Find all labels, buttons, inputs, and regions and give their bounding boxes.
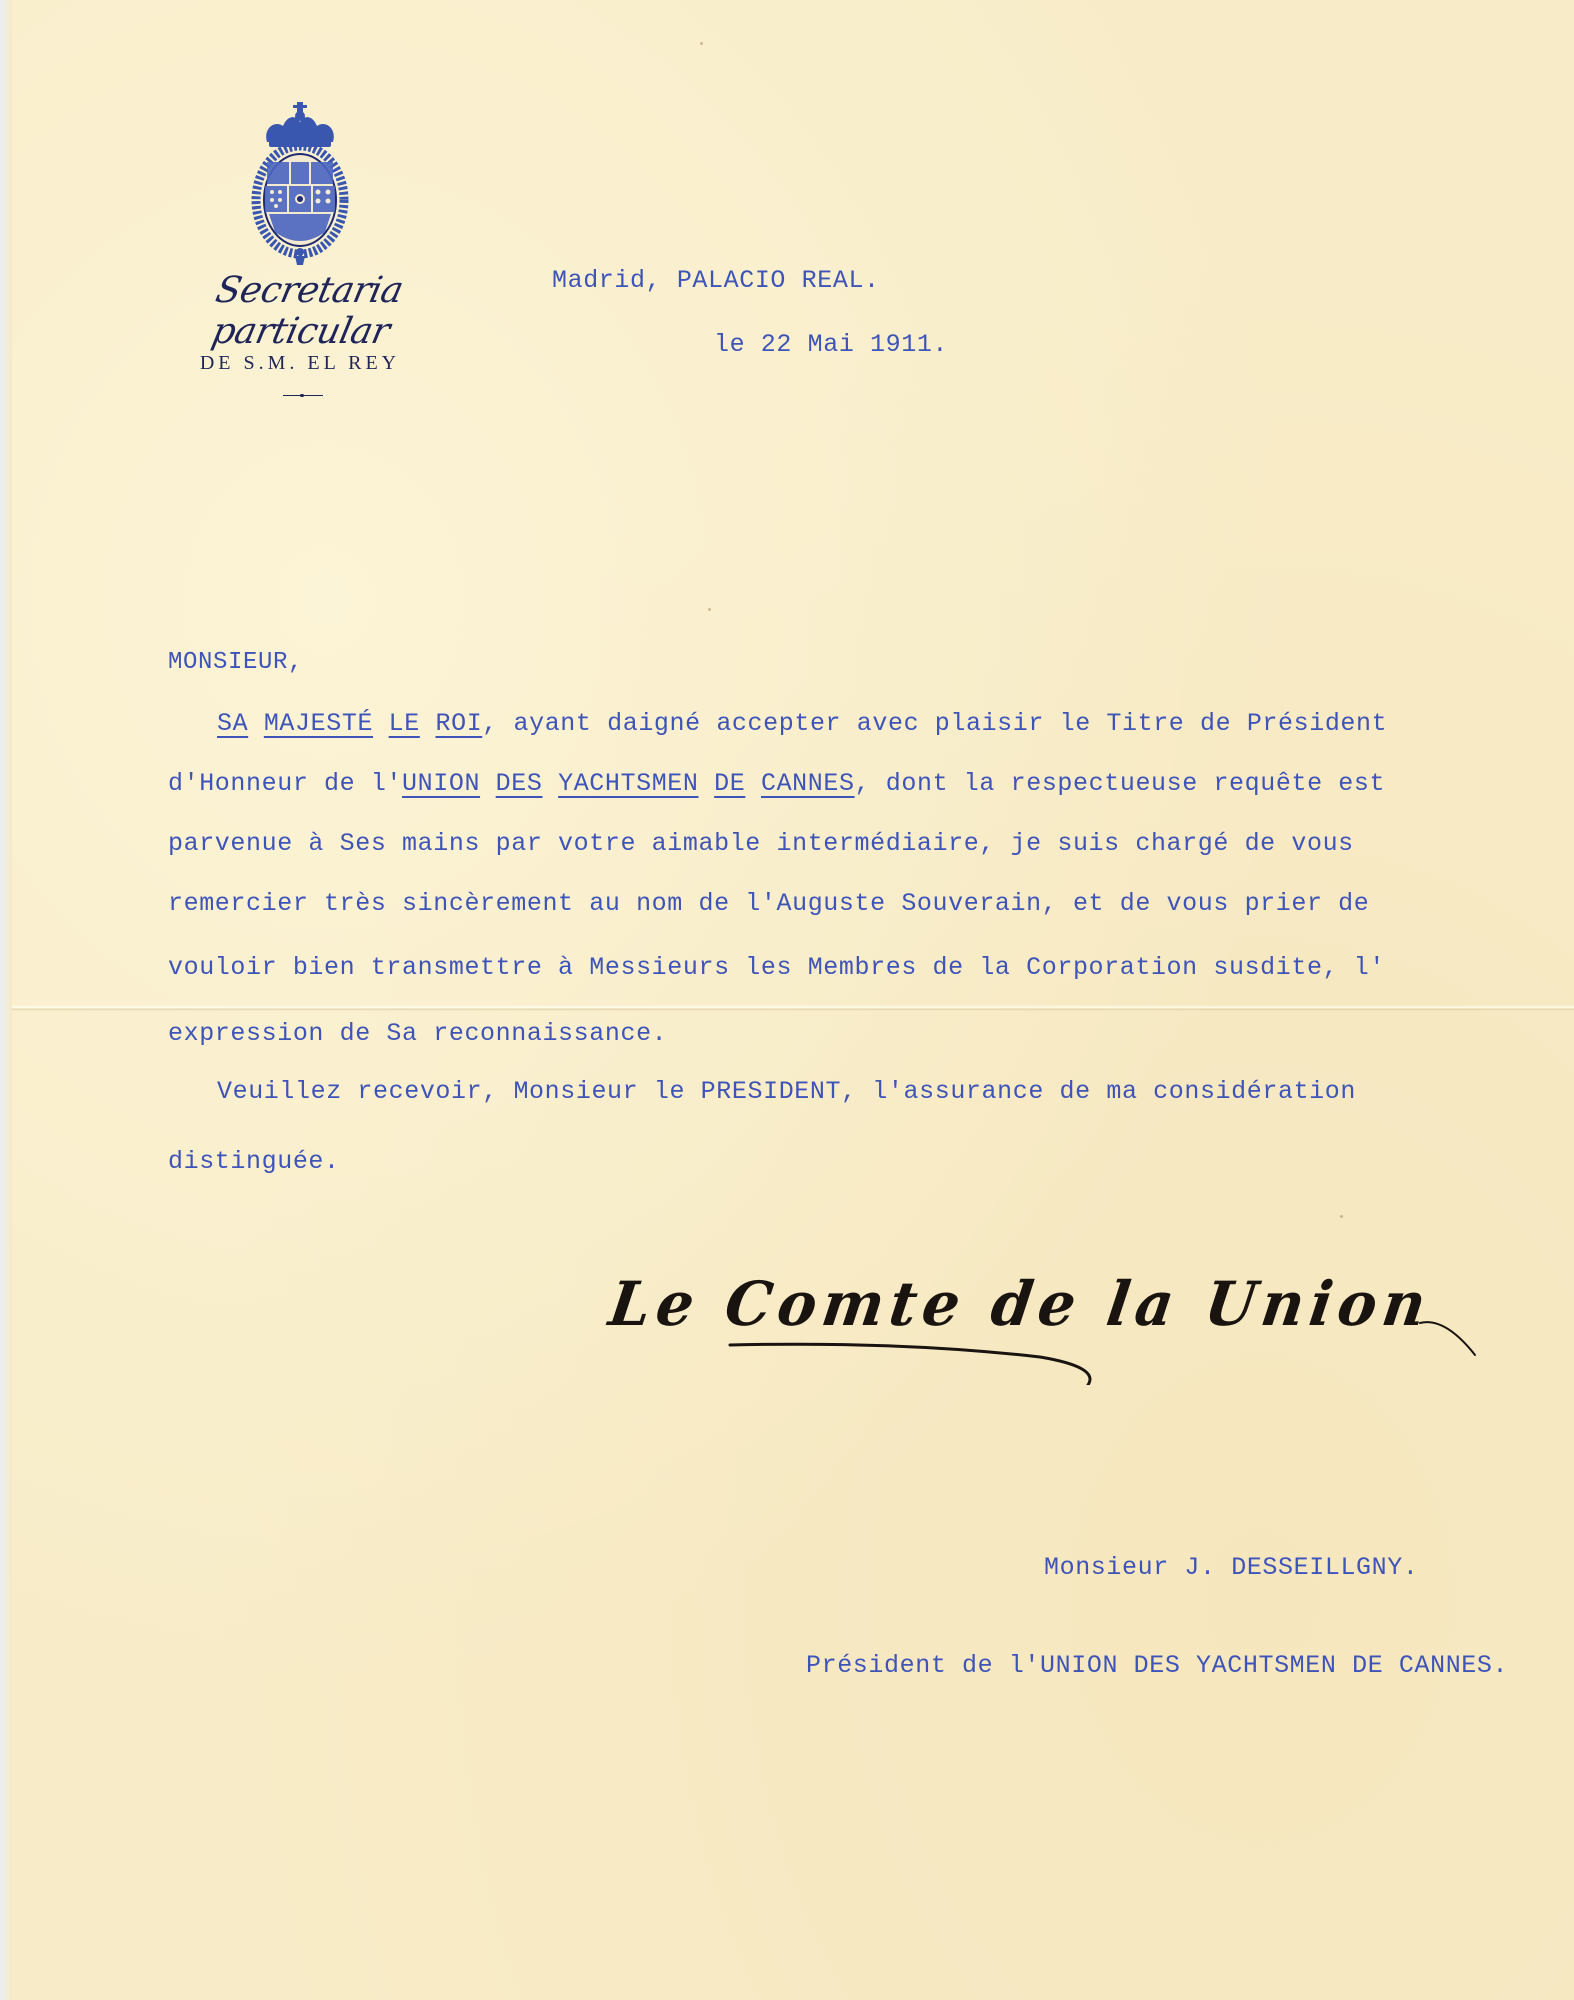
body-line-5: vouloir bien transmettre à Messieurs les… bbox=[168, 955, 1385, 980]
underlined-word: SA bbox=[217, 709, 248, 738]
closing-line-2: distinguée. bbox=[168, 1149, 340, 1174]
body-line-1: SA MAJESTÉ LE ROI, ayant daigné accepter… bbox=[217, 711, 1387, 736]
closing-line-1: Veuillez recevoir, Monsieur le PRESIDENT… bbox=[217, 1079, 1356, 1104]
royal-coat-of-arms-icon bbox=[245, 100, 355, 265]
body-text: , dont la respectueuse requête est bbox=[855, 769, 1385, 798]
paper-speck bbox=[700, 42, 703, 45]
body-line-2: d'Honneur de l'UNION DES YACHTSMEN DE CA… bbox=[168, 771, 1385, 796]
scan-edge bbox=[0, 0, 12, 2000]
letterhead-divider bbox=[283, 395, 323, 396]
underlined-word: DES bbox=[496, 769, 543, 798]
underlined-word: LE bbox=[389, 709, 420, 738]
handwritten-signature: Le Comte de la Union bbox=[600, 1215, 1480, 1385]
underlined-word: UNION bbox=[402, 769, 480, 798]
addressee-title: Président de l'UNION DES YACHTSMEN DE CA… bbox=[806, 1653, 1508, 1678]
letter-date: le 22 Mai 1911. bbox=[714, 332, 948, 357]
body-line-6: expression de Sa reconnaissance. bbox=[168, 1021, 667, 1046]
signature-flourish-icon bbox=[600, 1215, 1480, 1385]
salutation: MONSIEUR, bbox=[168, 651, 303, 675]
addressee-name: Monsieur J. DESSEILLGNY. bbox=[1044, 1555, 1418, 1580]
body-line-3: parvenue à Ses mains par votre aimable i… bbox=[168, 831, 1354, 856]
body-text: , ayant daigné accepter avec plaisir le … bbox=[482, 709, 1387, 738]
paper-fold-crease bbox=[12, 1005, 1574, 1011]
letterhead-office-script: Secretaria particular bbox=[116, 270, 493, 352]
underlined-word: DE bbox=[714, 769, 745, 798]
underlined-word: ROI bbox=[435, 709, 482, 738]
underlined-word: YACHTSMEN bbox=[558, 769, 698, 798]
body-text: d'Honneur de l' bbox=[168, 769, 402, 798]
underlined-word: CANNES bbox=[761, 769, 855, 798]
body-line-4: remercier très sincèrement au nom de l'A… bbox=[168, 891, 1369, 916]
paper-speck bbox=[708, 608, 711, 611]
underlined-word: MAJESTÉ bbox=[264, 709, 373, 738]
letterhead-office-caps: DE S.M. EL REY bbox=[155, 352, 445, 375]
letter-place: Madrid, PALACIO REAL. bbox=[552, 268, 880, 293]
